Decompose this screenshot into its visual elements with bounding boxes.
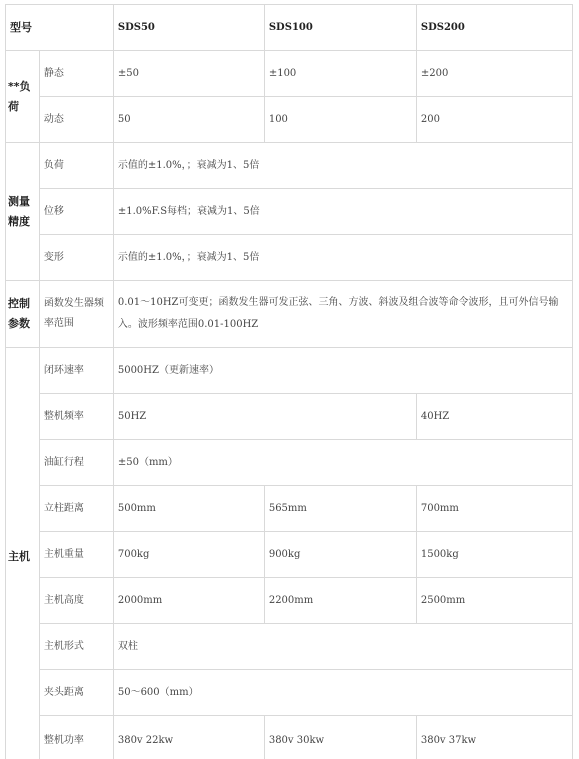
- table-row: 动态 50 100 200: [6, 97, 573, 143]
- cell-value: 700kg: [113, 532, 264, 578]
- cell-value: 380v 37kw: [416, 716, 572, 759]
- group-host: 主机: [6, 348, 40, 759]
- cell-value: ±100: [264, 51, 416, 97]
- cell-value: 50: [113, 97, 264, 143]
- cell-value: 700mm: [416, 486, 572, 532]
- cell-value: 380v 30kw: [264, 716, 416, 759]
- row-label-accuracy-load: 负荷: [39, 143, 113, 189]
- row-label-displacement: 位移: [39, 189, 113, 235]
- table-row: 主机 闭环速率 5000HZ（更新速率）: [6, 348, 573, 394]
- table-row: 整机功率 380v 22kw 380v 30kw 380v 37kw: [6, 716, 573, 759]
- cell-value: 200: [416, 97, 572, 143]
- table-row: 整机频率 50HZ 40HZ: [6, 394, 573, 440]
- cell-value: ±50: [113, 51, 264, 97]
- cell-value: 50HZ: [113, 394, 416, 440]
- group-load: **负荷: [6, 51, 40, 143]
- table-row: 控制参数 函数发生器频率范围 0.01～10HZ可变更；函数发生器可发正弦、三角…: [6, 281, 573, 348]
- row-label-deformation: 变形: [39, 235, 113, 281]
- cell-value: 40HZ: [416, 394, 572, 440]
- cell-value: 50～600（mm）: [113, 670, 572, 716]
- cell-value: 380v 22kw: [113, 716, 264, 759]
- cell-value: 1500kg: [416, 532, 572, 578]
- table-row: 变形 示值的±1.0%，；衰减为1、5倍: [6, 235, 573, 281]
- table-row: 主机重量 700kg 900kg 1500kg: [6, 532, 573, 578]
- cell-value: 565mm: [264, 486, 416, 532]
- model-sds100: SDS100: [264, 5, 416, 51]
- row-label-clamp-distance: 夹头距离: [39, 670, 113, 716]
- table-row: 油缸行程 ±50（mm）: [6, 440, 573, 486]
- model-sds200: SDS200: [416, 5, 572, 51]
- group-control: 控制参数: [6, 281, 40, 348]
- cell-value: ±200: [416, 51, 572, 97]
- row-label-host-height: 主机高度: [39, 578, 113, 624]
- table-row: 主机形式 双柱: [6, 624, 573, 670]
- table-row: 位移 ±1.0%F.S每档；衰减为1、5倍: [6, 189, 573, 235]
- cell-value: 2500mm: [416, 578, 572, 624]
- model-sds50: SDS50: [113, 5, 264, 51]
- cell-value: ±50（mm）: [113, 440, 572, 486]
- header-row: 型号 SDS50 SDS100 SDS200: [6, 5, 573, 51]
- row-label-static: 静态: [39, 51, 113, 97]
- row-label-machine-power: 整机功率: [39, 716, 113, 759]
- cell-value: 100: [264, 97, 416, 143]
- cell-value: 500mm: [113, 486, 264, 532]
- model-header-label: 型号: [6, 5, 114, 51]
- cell-value: 0.01～10HZ可变更；函数发生器可发正弦、三角、方波、斜波及组合波等命令波形…: [113, 281, 572, 348]
- cell-value: 2000mm: [113, 578, 264, 624]
- table-row: 主机高度 2000mm 2200mm 2500mm: [6, 578, 573, 624]
- row-label-closed-loop-rate: 闭环速率: [39, 348, 113, 394]
- row-label-host-form: 主机形式: [39, 624, 113, 670]
- table-row: 立柱距离 500mm 565mm 700mm: [6, 486, 573, 532]
- row-label-machine-frequency: 整机频率: [39, 394, 113, 440]
- table-row: **负荷 静态 ±50 ±100 ±200: [6, 51, 573, 97]
- row-label-dynamic: 动态: [39, 97, 113, 143]
- row-label-function-generator: 函数发生器频率范围: [39, 281, 113, 348]
- cell-value: 示值的±1.0%，；衰减为1、5倍: [113, 235, 572, 281]
- row-label-host-weight: 主机重量: [39, 532, 113, 578]
- table-row: 夹头距离 50～600（mm）: [6, 670, 573, 716]
- cell-value: ±1.0%F.S每档；衰减为1、5倍: [113, 189, 572, 235]
- row-label-column-distance: 立柱距离: [39, 486, 113, 532]
- cell-value: 示值的±1.0%，；衰减为1、5倍: [113, 143, 572, 189]
- spec-table: 型号 SDS50 SDS100 SDS200 **负荷 静态 ±50 ±100 …: [5, 4, 573, 759]
- cell-value: 双柱: [113, 624, 572, 670]
- cell-value: 900kg: [264, 532, 416, 578]
- table-row: 测量精度 负荷 示值的±1.0%，；衰减为1、5倍: [6, 143, 573, 189]
- cell-value: 5000HZ（更新速率）: [113, 348, 572, 394]
- group-accuracy: 测量精度: [6, 143, 40, 281]
- cell-value: 2200mm: [264, 578, 416, 624]
- row-label-cylinder-stroke: 油缸行程: [39, 440, 113, 486]
